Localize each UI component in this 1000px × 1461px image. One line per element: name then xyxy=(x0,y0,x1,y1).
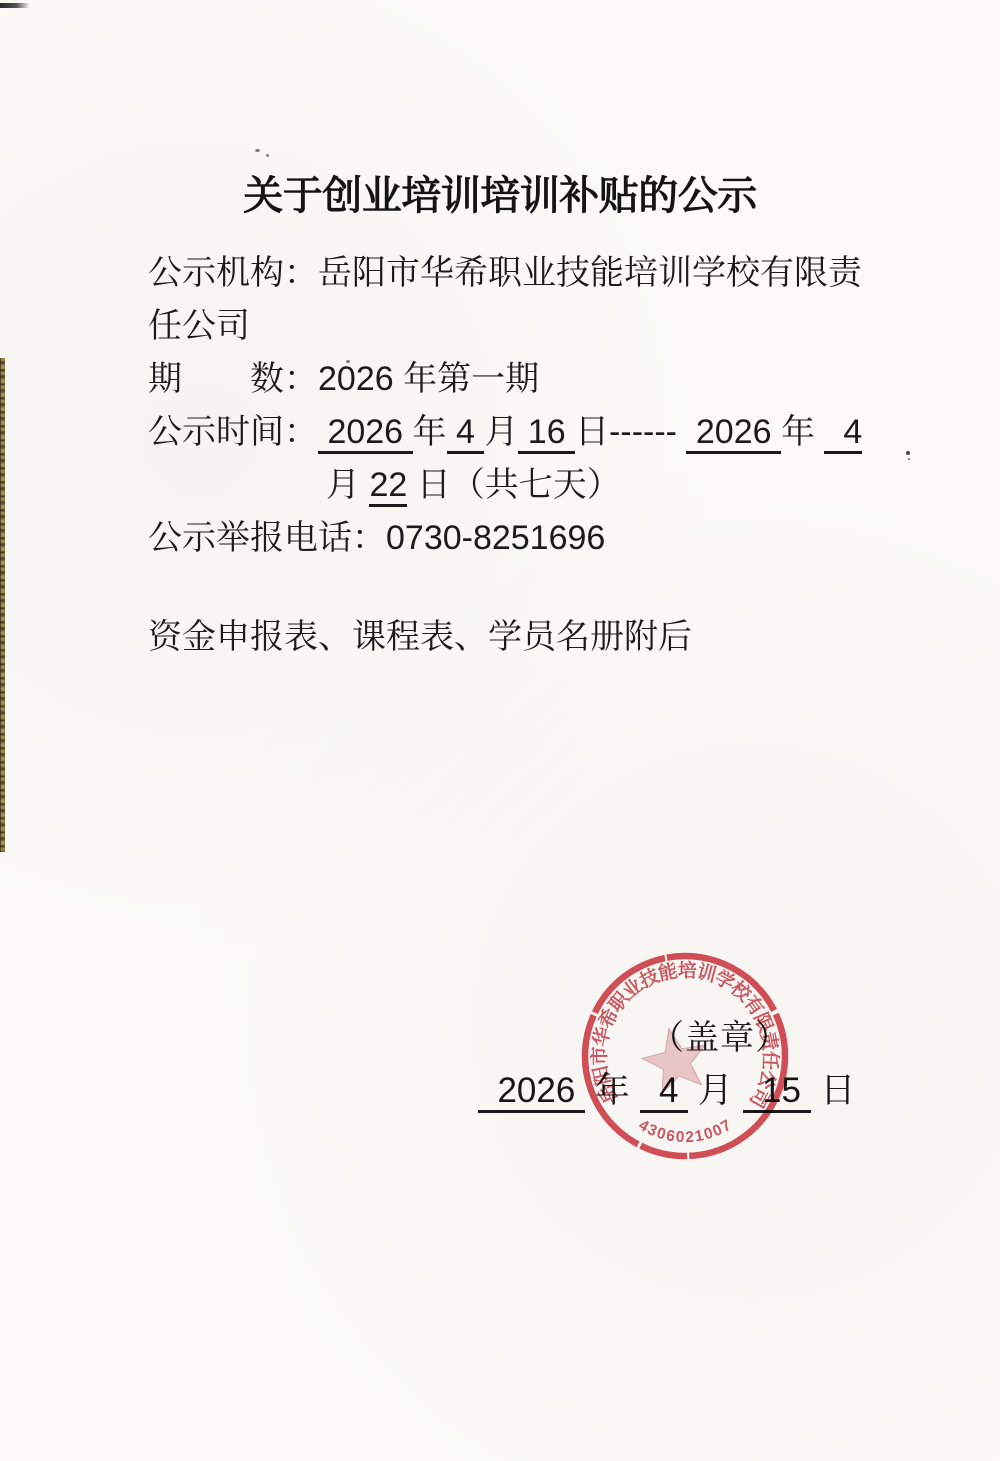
year-char: 年 xyxy=(781,413,824,451)
notice-body: 公示机构：岳阳市华希职业技能培训学校有限责任公司 期 数：2026 年第一期 公… xyxy=(148,247,878,664)
month-char: 月 xyxy=(688,1071,742,1110)
month-char: 月 xyxy=(484,413,518,451)
month-char: 月 xyxy=(326,466,369,504)
scan-speck xyxy=(266,154,269,157)
scan-speck xyxy=(908,458,910,460)
seal-here-note: （盖章） xyxy=(650,1010,790,1059)
period-line: 期 数：2026 年第一期 xyxy=(148,353,878,406)
scan-speck xyxy=(906,451,910,455)
date-day-value: 15 xyxy=(743,1071,811,1113)
scan-edge-strip xyxy=(0,358,5,852)
signature-date-line: 2026 年 4 月 15 日 xyxy=(478,1063,855,1113)
seal-ring xyxy=(558,930,814,1188)
date-month-value: 4 xyxy=(640,1071,689,1113)
scanned-notice-page: 关于创业培训培训补贴的公示 公示机构：岳阳市华希职业技能培训学校有限责任公司 期… xyxy=(0,0,1000,1461)
hotline-line: 公示举报电话：0730-8251696 xyxy=(148,512,878,565)
day-char: 日 xyxy=(811,1071,856,1110)
scan-speck xyxy=(255,149,260,152)
start-year-value: 2026 xyxy=(318,413,413,454)
publicity-time-line-1: 公示时间： 2026 年 4 月 16 日------ 2026 年 4 xyxy=(148,406,878,459)
duration-note: 日（共七天） xyxy=(407,466,620,504)
company-seal-stamp: 岳阳市华希职业技能培训学校有限责任公司 4306021007466 xyxy=(558,930,814,1188)
scan-corner-mark xyxy=(0,3,30,8)
day-char-dashes: 日------ xyxy=(575,413,686,451)
date-year-value: 2026 xyxy=(478,1071,585,1113)
end-year-value: 2026 xyxy=(686,413,781,454)
publicity-time-line-2: 月 22 日（共七天） xyxy=(148,459,878,512)
start-day-value: 16 xyxy=(518,413,575,454)
start-month-value: 4 xyxy=(447,413,485,454)
year-char: 年 xyxy=(413,413,447,451)
end-day-value: 22 xyxy=(369,466,407,507)
year-char: 年 xyxy=(585,1071,639,1110)
notice-title: 关于创业培训培训补贴的公示 xyxy=(0,164,1000,221)
end-month-value: 4 xyxy=(824,413,862,454)
publicity-time-label: 公示时间： xyxy=(148,413,318,451)
attachment-line: 资金申报表、课程表、学员名册附后 xyxy=(148,611,878,664)
agency-line: 公示机构：岳阳市华希职业技能培训学校有限责任公司 xyxy=(148,247,878,353)
